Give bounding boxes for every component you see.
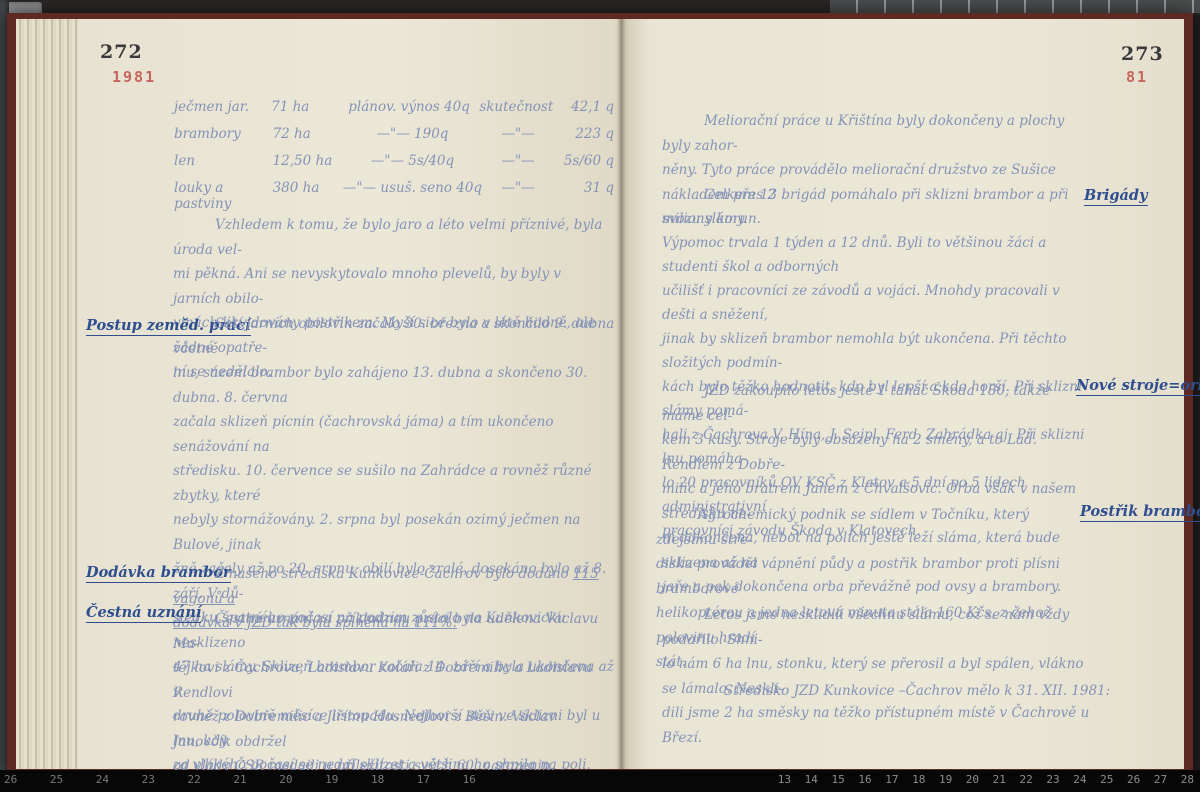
page-number-right: 273 (1121, 43, 1164, 65)
chronicle-photo-scene: 272 1981 ječmen jar. 71 ha plánov. výnos… (0, 0, 1200, 792)
bottom-measuring-scale: 26 25 24 23 22 21 20 19 18 17 16 13 14 1… (0, 770, 1200, 792)
planned-yield: plánov. výnos 40q (339, 99, 480, 115)
crop-area: 12,50 ha (273, 153, 342, 169)
ditto-mark: —"— (484, 180, 553, 196)
left-page: 272 1981 ječmen jar. 71 ha plánov. výnos… (78, 19, 628, 769)
delivery-lead-text: Z našeho střediska Kunkovice-Čachrov byl… (215, 566, 573, 582)
table-row: louky a pastviny 380 ha —"— usuš. seno 4… (174, 180, 614, 207)
crop-name: louky a pastviny (174, 180, 273, 212)
bottom-scale-numbers-left: 26 25 24 23 22 21 20 19 18 17 16 (4, 773, 476, 786)
ditto-mark: —"— (484, 153, 553, 169)
crop-area: 72 ha (273, 126, 342, 142)
crop-name: ječmen jar. (174, 99, 271, 115)
left-page-edge-stack (16, 19, 82, 769)
crop-name: brambory (174, 126, 273, 142)
actual-label: skutečnost (479, 99, 553, 115)
margin-heading-stroje: Nové stroje=orba (1076, 377, 1200, 396)
book: 272 1981 ječmen jar. 71 ha plánov. výnos… (7, 13, 1193, 775)
actual-yield: 223 q (552, 126, 614, 142)
ditto-mark: —"— (484, 126, 553, 142)
planned-yield: —"— 5s/40q (341, 153, 484, 169)
bottom-scale-numbers-right: 13 14 15 16 17 18 19 20 21 22 23 24 25 2… (778, 773, 1194, 786)
table-row: brambory 72 ha —"— 190q —"— 223 q (174, 126, 614, 153)
table-row: ječmen jar. 71 ha plánov. výnos 40q skut… (174, 99, 614, 126)
crop-area: 380 ha (273, 180, 342, 196)
para-honors: Čestná uznání za příkladnou práci byla u… (173, 607, 613, 779)
closing-line: Středisko JZD Kunkovice –Čachrov mělo k … (724, 679, 1110, 704)
year-stamp-left: 1981 (112, 68, 156, 86)
actual-yield: 31 q (552, 180, 614, 196)
actual-yield: 5s/60 q (552, 153, 614, 169)
page-number-left: 272 (100, 41, 143, 63)
harvest-table: ječmen jar. 71 ha plánov. výnos 40q skut… (174, 99, 614, 207)
crop-area: 71 ha (271, 99, 339, 115)
top-scale-ticks (830, 0, 1200, 13)
crop-name: len (174, 153, 273, 169)
planned-yield: —"— usuš. seno 40q (341, 180, 484, 196)
book-gutter-shadow (617, 19, 626, 769)
margin-heading-postrik: Postřik brambor (1080, 503, 1200, 522)
table-row: len 12,50 ha —"— 5s/40q —"— 5s/60 q (174, 153, 614, 180)
right-page: 273 81 Meliorační práce u Křištína byly … (628, 19, 1184, 769)
year-stamp-right: 81 (1126, 68, 1148, 86)
para-unharvested: Letos jsme nesklidili všechnu slámu, což… (662, 603, 1098, 750)
actual-yield: 42,1 q (553, 99, 614, 115)
planned-yield: —"— 190q (341, 126, 484, 142)
